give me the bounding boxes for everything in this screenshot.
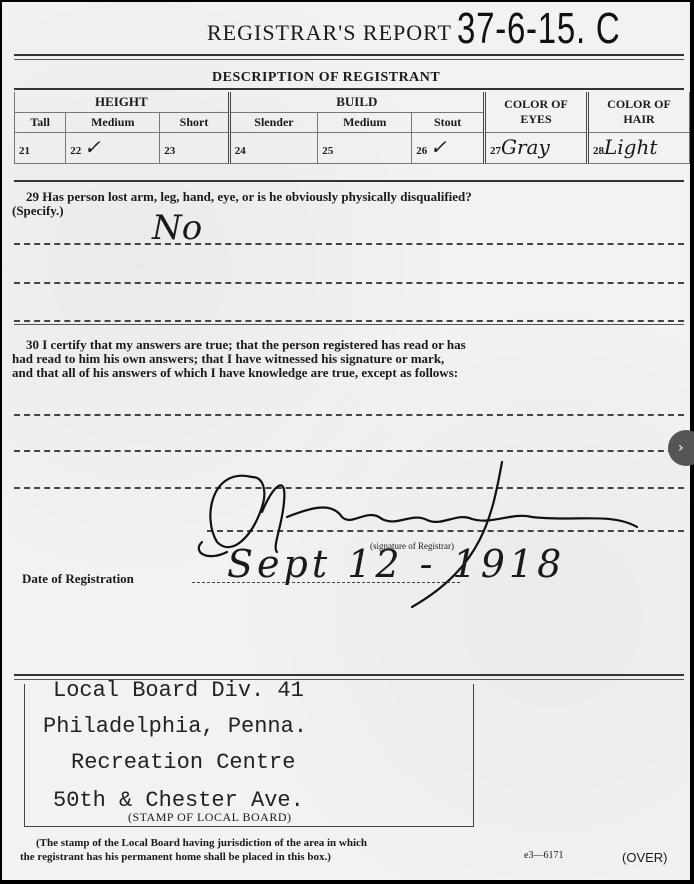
divider: [14, 59, 684, 60]
stamp-line-2: Philadelphia, Penna.: [43, 714, 307, 739]
field-hair-color: 28Light: [588, 133, 690, 164]
stamp-line-3: Recreation Centre: [71, 750, 295, 775]
dotted-line: [14, 282, 684, 284]
field-build-medium: 25: [318, 133, 412, 164]
divider: [14, 180, 684, 182]
divider: [14, 88, 684, 90]
field-slender: 24: [229, 133, 318, 164]
form-title: REGISTRAR'S REPORT: [207, 20, 452, 46]
registration-date-label: Date of Registration: [22, 572, 134, 586]
height-group-header: HEIGHT: [15, 92, 230, 113]
handwritten-answer-29: No: [152, 208, 202, 248]
registrar-signature-ink: [192, 457, 662, 622]
stamp-line-1: Local Board Div. 41: [53, 678, 304, 703]
dotted-line: [14, 450, 684, 452]
question-30: 30 I certify that my answers are true; t…: [12, 338, 688, 380]
local-board-stamp-box: Local Board Div. 41 Philadelphia, Penna.…: [24, 684, 474, 827]
chevron-right-icon: ›: [678, 440, 684, 456]
col-short: Short: [160, 113, 229, 133]
description-table: HEIGHT BUILD COLOR OF EYES COLOR OF HAIR…: [14, 92, 690, 164]
document-page: REGISTRAR'S REPORT 37-6-15. C DESCRIPTIO…: [2, 2, 690, 880]
question-29: 29 Has person lost arm, leg, hand, eye, …: [12, 190, 688, 218]
check-mark: ✓: [84, 135, 101, 159]
stamp-caption: (STAMP OF LOCAL BOARD): [128, 810, 292, 825]
col-slender: Slender: [229, 113, 318, 133]
field-short: 23: [160, 133, 229, 164]
divider: [14, 674, 684, 676]
dotted-line: [14, 320, 684, 322]
specify-label: (Specify.): [12, 203, 64, 218]
build-group-header: BUILD: [229, 92, 484, 113]
section-title: DESCRIPTION OF REGISTRANT: [212, 70, 440, 86]
dotted-line: [14, 243, 684, 245]
check-mark: ✓: [430, 135, 447, 159]
field-stout: 26 ✓: [412, 133, 485, 164]
eye-color-header: COLOR OF EYES: [485, 92, 588, 133]
col-tall: Tall: [15, 113, 66, 133]
stamp-instructions: (The stamp of the Local Board having jur…: [20, 836, 367, 864]
dotted-line: [14, 414, 684, 416]
col-stout: Stout: [412, 113, 485, 133]
hair-color-header: COLOR OF HAIR: [588, 92, 690, 133]
field-height-medium: 22 ✓: [66, 133, 160, 164]
form-code: e3—6171: [524, 850, 563, 861]
divider: [14, 324, 684, 325]
handwritten-registration-date: Sept 12 - 1918: [227, 542, 565, 586]
col-build-medium: Medium: [318, 113, 412, 133]
divider: [14, 54, 684, 56]
handwritten-hair-color: Light: [604, 135, 657, 159]
field-eye-color: 27Gray: [485, 133, 588, 164]
handwritten-eye-color: Gray: [501, 135, 550, 159]
over-label: (OVER): [622, 850, 668, 865]
field-tall: 21: [15, 133, 66, 164]
serial-stamp: 37-6-15. C: [457, 4, 620, 54]
col-height-medium: Medium: [66, 113, 160, 133]
